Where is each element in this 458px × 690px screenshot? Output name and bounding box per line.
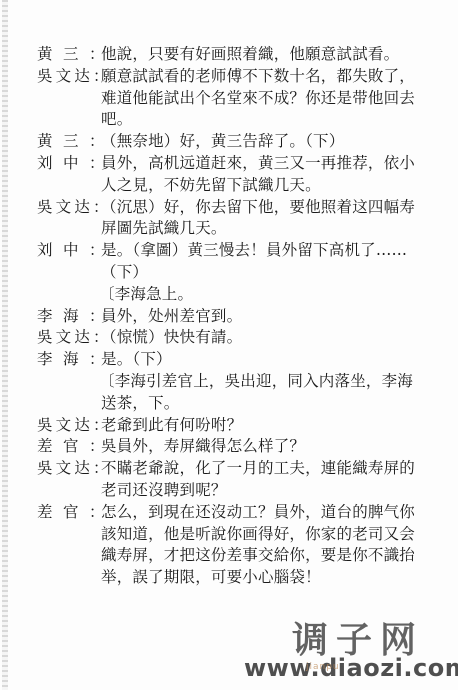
speaker-colon: ：	[89, 44, 97, 66]
continuation-line: 織寿屏，才把这份差事交給你，要是你不識抬	[37, 545, 437, 567]
speaker-colon: ：	[89, 306, 97, 328]
speaker-char: 海	[63, 349, 79, 371]
dialogue-text: 是。（下）	[101, 349, 172, 371]
speaker-name: 差官：	[37, 502, 97, 524]
speaker-colon: ：	[89, 240, 97, 262]
dialogue-line: 吳文达：（惊慌）快快有請。	[37, 327, 437, 349]
speaker-name: 李海：	[37, 349, 97, 371]
speaker-char: 文	[56, 458, 72, 480]
speaker-char: 达	[74, 197, 90, 219]
dialogue-text: 願意試試看的老师傅不下数十名，都失敗了，	[101, 66, 415, 88]
speaker-colon: ：	[93, 197, 101, 219]
dialogue-text: 吳員外，寿屏織得怎么样了？	[101, 436, 305, 458]
continuation-line: 屏圖先試織几天。	[37, 218, 437, 240]
continuation-line: 該知道，他是听說你画得好，你家的老司又会	[37, 524, 437, 546]
script-body: 黄三：他說，只要有好画照着織，他願意試試看。吳文达：願意試試看的老师傅不下数十名…	[37, 44, 437, 589]
speaker-colon: ：	[89, 436, 97, 458]
speaker-char: 达	[74, 327, 90, 349]
speaker-char: 吳	[37, 197, 53, 219]
dialogue-line: 吳文达：願意試試看的老师傅不下数十名，都失敗了，	[37, 66, 437, 88]
dialogue-line: 吳文达：（沉思）好，你去留下他，要他照着这四幅寿	[37, 197, 437, 219]
continuation-line: （下）	[37, 262, 437, 284]
speaker-char: 文	[56, 415, 72, 437]
speaker-char: 吳	[37, 458, 53, 480]
continuation-line: 举，誤了期限，可要小心腦袋！	[37, 567, 437, 589]
speaker-name: 吳文达：	[37, 458, 101, 480]
dialogue-text: （惊慌）快快有請。	[101, 327, 242, 349]
speaker-colon: ：	[89, 131, 97, 153]
stage-direction-line: 〔李海引差官上，吳出迎，同入内落坐，李海	[37, 371, 437, 393]
speaker-char: 李	[37, 306, 53, 328]
dialogue-text: 屏圖先試織几天。	[101, 218, 227, 240]
speaker-name: 吳文达：	[37, 327, 101, 349]
dialogue-line: 差官：吳員外，寿屏織得怎么样了？	[37, 436, 437, 458]
dialogue-text: 难道他能試出个名堂來不成？你还是带他回去	[101, 88, 415, 110]
dialogue-line: 吳文达：老爺到此有何吩咐？	[37, 415, 437, 437]
dialogue-text: 員外，高机远道赶來，黄三又一再推荐，依小	[101, 153, 415, 175]
dialogue-text: 送茶，下。	[101, 393, 180, 415]
continuation-line: 人之見，不妨先留下試織几天。	[37, 175, 437, 197]
dialogue-text: 吧。	[101, 109, 132, 131]
stage-direction-line: 〔李海急上。	[37, 284, 437, 306]
speaker-char: 官	[63, 436, 79, 458]
dialogue-text: 老司还沒聘到呢？	[101, 480, 227, 502]
speaker-char: 差	[37, 502, 53, 524]
dialogue-text: 織寿屏，才把这份差事交給你，要是你不識抬	[101, 545, 415, 567]
speaker-char: 李	[37, 349, 53, 371]
speaker-char: 刘	[37, 240, 53, 262]
dialogue-line: 刘中：是。（拿圖）黄三慢去！員外留下高机了……	[37, 240, 437, 262]
speaker-colon: ：	[93, 327, 101, 349]
watermark-sub: jianpu	[306, 662, 340, 672]
dialogue-text: （無奈地）好，黄三告辞了。（下）	[101, 131, 344, 153]
speaker-char: 达	[74, 66, 90, 88]
dialogue-line: 刘中：員外，高机远道赶來，黄三又一再推荐，依小	[37, 153, 437, 175]
speaker-name: 李海：	[37, 306, 97, 328]
continuation-line: 吧。	[37, 109, 437, 131]
speaker-char: 文	[56, 327, 72, 349]
dialogue-text: 他說，只要有好画照着織，他願意試試看。	[101, 44, 399, 66]
speaker-char: 达	[74, 415, 90, 437]
speaker-colon: ：	[93, 458, 101, 480]
speaker-colon: ：	[89, 349, 97, 371]
dialogue-text: 怎么，到現在还沒动工？員外，道台的脾气你	[101, 502, 415, 524]
dialogue-line: 黄三：（無奈地）好，黄三告辞了。（下）	[37, 131, 437, 153]
speaker-char: 吳	[37, 66, 53, 88]
speaker-colon: ：	[93, 415, 101, 437]
speaker-name: 差官：	[37, 436, 97, 458]
speaker-colon: ：	[89, 502, 97, 524]
dialogue-text: 員外，处州差官到。	[101, 306, 242, 328]
speaker-char: 刘	[37, 153, 53, 175]
speaker-name: 吳文达：	[37, 197, 101, 219]
speaker-name: 黄三：	[37, 131, 97, 153]
continuation-line: 老司还沒聘到呢？	[37, 480, 437, 502]
dialogue-text: 老爺到此有何吩咐？	[101, 415, 242, 437]
continuation-line: 送茶，下。	[37, 393, 437, 415]
speaker-char: 三	[63, 44, 79, 66]
speaker-char: 海	[63, 306, 79, 328]
watermark: 调子网 www.diaozi.com jianpu	[244, 612, 458, 690]
scanned-page: 黄三：他說，只要有好画照着織，他願意試試看。吳文达：願意試試看的老师傅不下数十名…	[0, 0, 458, 690]
speaker-name: 吳文达：	[37, 415, 101, 437]
speaker-name: 刘中：	[37, 153, 97, 175]
stage-direction: 〔李海引差官上，吳出迎，同入内落坐，李海	[99, 371, 413, 393]
dialogue-line: 差官：怎么，到現在还沒动工？員外，道台的脾气你	[37, 502, 437, 524]
dialogue-text: 該知道，他是听說你画得好，你家的老司又会	[101, 524, 415, 546]
dialogue-line: 黄三：他說，只要有好画照着織，他願意試試看。	[37, 44, 437, 66]
speaker-char: 黄	[37, 44, 53, 66]
speaker-char: 官	[63, 502, 79, 524]
speaker-char: 黄	[37, 131, 53, 153]
dialogue-line: 李海：員外，处州差官到。	[37, 306, 437, 328]
speaker-name: 吳文达：	[37, 66, 101, 88]
stage-direction: 〔李海急上。	[99, 284, 193, 306]
speaker-char: 文	[56, 66, 72, 88]
speaker-char: 吳	[37, 327, 53, 349]
speaker-char: 三	[63, 131, 79, 153]
speaker-char: 文	[56, 197, 72, 219]
speaker-name: 黄三：	[37, 44, 97, 66]
speaker-colon: ：	[93, 66, 101, 88]
speaker-char: 差	[37, 436, 53, 458]
dialogue-text: （下）	[101, 262, 148, 284]
page-binding-edge	[2, 0, 8, 690]
speaker-char: 达	[74, 458, 90, 480]
watermark-url: www.diaozi.com	[244, 654, 458, 682]
speaker-char: 中	[63, 153, 79, 175]
dialogue-line: 李海：是。（下）	[37, 349, 437, 371]
dialogue-text: 是。（拿圖）黄三慢去！員外留下高机了……	[101, 240, 407, 262]
dialogue-line: 吳文达：不瞞老爺說，化了一月的工夫，連能織寿屏的	[37, 458, 437, 480]
continuation-line: 难道他能試出个名堂來不成？你还是带他回去	[37, 88, 437, 110]
speaker-colon: ：	[89, 153, 97, 175]
speaker-char: 吳	[37, 415, 53, 437]
speaker-char: 中	[63, 240, 79, 262]
dialogue-text: 不瞞老爺說，化了一月的工夫，連能織寿屏的	[101, 458, 415, 480]
dialogue-text: （沉思）好，你去留下他，要他照着这四幅寿	[101, 197, 415, 219]
speaker-name: 刘中：	[37, 240, 97, 262]
dialogue-text: 举，誤了期限，可要小心腦袋！	[101, 567, 321, 589]
dialogue-text: 人之見，不妨先留下試織几天。	[101, 175, 321, 197]
